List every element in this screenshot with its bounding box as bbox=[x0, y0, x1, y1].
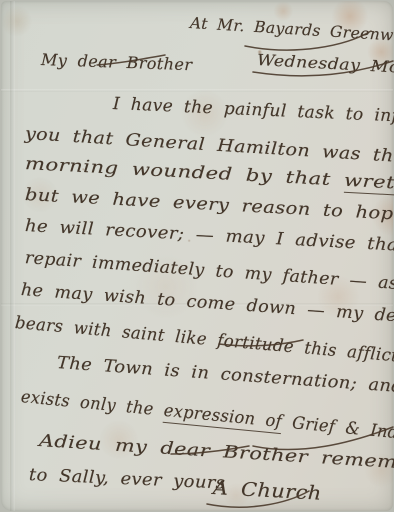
underlined-word-wretch: wretch bbox=[343, 171, 394, 197]
body-line-1: I have the painful task to inform bbox=[113, 94, 394, 128]
body-line-10-end: Grief & Indignation bbox=[281, 412, 394, 450]
body-line-10-text: exists only the bbox=[20, 387, 165, 421]
body-line-12: to Sally, ever yours bbox=[29, 465, 226, 494]
letter-photograph: At Mr. Bayards Greenwich Wednesday Morn … bbox=[0, 0, 394, 512]
signature: A Church bbox=[212, 478, 322, 504]
letter-paper: At Mr. Bayards Greenwich Wednesday Morn … bbox=[1, 1, 393, 511]
salutation: My dear Brother bbox=[41, 50, 193, 75]
heading-date: Wednesday Morn bbox=[256, 50, 394, 79]
heading-location: At Mr. Bayards Greenwich bbox=[189, 13, 394, 47]
underlined-phrase-expression-of: expression of bbox=[163, 401, 283, 434]
